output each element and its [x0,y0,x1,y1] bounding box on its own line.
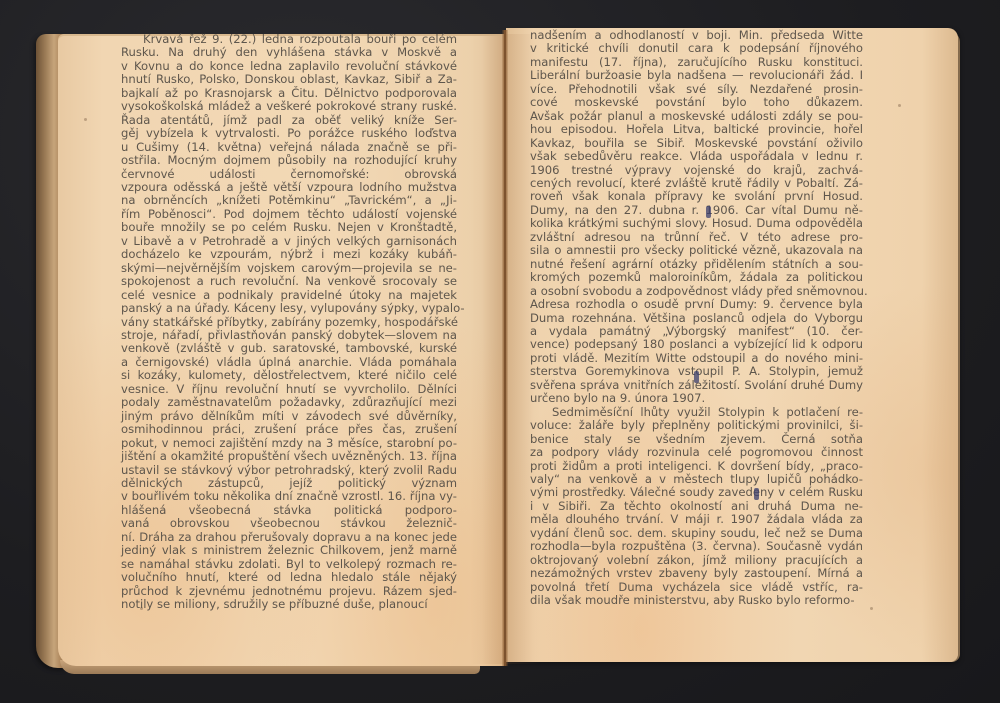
text-line: proti vládě. Mezitím Witte odstoupil a d… [530,352,863,365]
text-line: ní. Dráha za drahou přerušovaly dopravu … [121,531,457,544]
text-line: voluce: žaláře byly přeplněny politickým… [530,419,863,432]
ink-mark [694,371,699,383]
text-line: gěj vybízela k vytrvalosti. Po porážce r… [121,127,457,140]
text-line: povolná třetí Duma vycházela sice vládě … [530,581,863,594]
text-line: manifestu (17. října), zaručujícího Rusk… [530,56,863,69]
paper-speck [84,118,87,121]
text-line: a osobní svobodu a zodpovědnost vlády př… [530,285,863,298]
text-line: jištění a okamžité propuštění všech uvěz… [121,450,457,463]
text-line: v Kovnu a do konce ledna zaplavilo revol… [121,60,457,73]
text-line: Rusku. Na druhý den vyhlášena stávka v M… [121,46,457,59]
ink-mark [706,206,711,218]
text-line: ostřila. Mocným dojmem působily na rozho… [121,154,457,167]
text-line: stroje, nářadí, přivlastňován panský dob… [121,329,457,342]
text-line: dila však moudře ministerstvu, aby Rusko… [530,594,863,607]
text-line: vence) podepsaný 180 poslanci a vybízejí… [530,338,863,351]
text-line: Adresa rozhodla o osudě první Dumy: 9. č… [530,298,863,311]
text-line: jiným právo dělníkům míti v závodech své… [121,410,457,423]
text-line: Sedmiměsíční lhůty využil Stolypin k pot… [530,406,863,419]
text-line: v Libavě a v Petrohradě a v jiných velký… [121,235,457,248]
text-line: měla dlouhého trvání. V máji r. 1907 žád… [530,513,863,526]
text-line: dělnických zástupců, jejíž politický výz… [121,477,457,490]
text-line: vydání členů soc. dem. skupiny soudu, le… [530,527,863,540]
text-line: Avšak požár planul a moskevské události … [530,110,863,123]
text-line: osmihodinnou práci, zrušení práce přes č… [121,423,457,436]
right-page-text: nadšením a odhodlaností v boji. Min. pře… [530,29,863,607]
text-line: podaly zaměstnavatelům požadavky, zdůraz… [121,396,457,409]
text-line: Duma rozehnána. Většina poslanců odjela … [530,312,863,325]
text-line: u Cušimy (14. května) veřejná nálada zna… [121,141,457,154]
text-line: více. Přehodnotili však své síly. Nezdař… [530,83,863,96]
text-line: jediný vlak s ministrem železnic Chilkov… [121,544,457,557]
text-line: hlášená všeobecná stávka politická podpo… [121,504,457,517]
text-line: skými—nejvěrnějším vojskem carovým—proje… [121,262,457,275]
text-line: kromých pozemků maloroiníkům, žádala za … [530,271,863,284]
paper-speck [898,104,901,107]
text-line: Dumy, na den 27. dubna r. 1906. Car víta… [530,204,863,217]
text-line: vány statkářské příbytky, zabírány pozem… [121,316,457,329]
text-line: vesnice. V říjnu revoluční hnutí se vyvr… [121,383,457,396]
text-line: kolika krátkými suchými slovy. Hosud. Du… [530,217,863,230]
text-line: určeno bylo na 9. února 1907. [530,392,863,405]
book-gutter [502,30,508,666]
text-line: nadšením a odhodlaností v boji. Min. pře… [530,29,863,42]
text-line: Kavkaz, bouřila se Sibiř. Moskevské povs… [530,137,863,150]
text-line: bouře množily se po celém Rusku. Nejen v… [121,221,457,234]
text-line: nutné řešení agrární otázky přidělením s… [530,258,863,271]
text-line: však sebedůvěru reakce. Vláda uspořádala… [530,150,863,163]
text-line: červnové události černomořské: obrovská [121,168,457,181]
text-line: za podpory vlády rozvinula celé pogromov… [530,446,863,459]
text-line: oktrojovaný volební zákon, jímž miliony … [530,554,863,567]
text-line: i v Sibiři. Za těchto okolností ani druh… [530,500,863,513]
text-line: panský a na úřady. Káceny lesy, vylupová… [121,302,457,315]
text-line: cové moskevské povstání bylo toho důkaze… [530,96,863,109]
text-line: hnutí Rusko, Polsko, Donskou oblast, Kav… [121,73,457,86]
text-line: spokojenost a ruch revoluční. Na venkově… [121,275,457,288]
text-line: Liberální buržoasie byla nadšena — revol… [530,69,863,82]
text-line: a černigovské) vládla úplná anarchie. Vl… [121,356,457,369]
text-line: celé vesnice a podnikaly pravidelné útok… [121,289,457,302]
text-line: cených revolucí, které zvláště krutě řád… [530,177,863,190]
paper-speck [870,607,873,610]
text-line: Krvavá řež 9. (22.) ledna rozpoutala bou… [121,33,457,46]
left-page-text: Krvavá řež 9. (22.) ledna rozpoutala bou… [121,33,457,611]
text-line: rozhodla—byla rozpuštěna (3. června). So… [530,540,863,553]
text-line: benice staly se všedním zjevem. Černá so… [530,433,863,446]
open-book: Krvavá řež 9. (22.) ledna rozpoutala bou… [0,0,1000,703]
ink-mark [754,488,759,500]
text-line: zvláštní adresou na trůnní řeč. V této a… [530,231,863,244]
text-line: roveň však konala přípravy ke svolání pr… [530,190,863,203]
text-line: volučního hnutí, které od ledna hledalo … [121,571,457,584]
text-line: ustavil se stávkový výbor petrohradský, … [121,464,457,477]
text-line: vzpoura oděsská a ještě větší vzpoura lo… [121,181,457,194]
text-line: v bouřlivém toku několika dní značně vzr… [121,490,457,503]
text-line: na obrněncích „knížeti Potěmkinu“ „Tavri… [121,194,457,207]
text-line: pokut, v nemoci zajištění mzdy na 3 měsí… [121,437,457,450]
text-line: hou episodou. Hořela Litva, baltické pro… [530,123,863,136]
text-line: si kozáky, kulomety, dělostřelectvem, kt… [121,369,457,382]
text-line: vaná obrovskou všeobecnou stávkou železn… [121,517,457,530]
text-line: nezámožných vrstev zbaveny byly zastoupe… [530,567,863,580]
text-line: v kritické chvíli donutil cara k podepsá… [530,42,863,55]
text-line: valy“ na venkově a v městech tlupy lupič… [530,473,863,486]
text-line: se namáhal stávku zdolati. Byl to velkol… [121,558,457,571]
text-line: bajkalí až po Krasnojarsk a Čitu. Dělnic… [121,87,457,100]
text-line: Řada atentátů, jímž padl za oběť veliký … [121,114,457,127]
text-line: řím Poběnosci“. Pod dojmem těchto událos… [121,208,457,221]
text-line: průchod k zjevnému jednotnému projevu. R… [121,585,457,598]
text-line: notily se miliony, sdružily se příbuzné … [121,598,457,611]
text-line: proti židům a proti inteligenci. K dovrš… [530,460,863,473]
text-line: venkově (zvláště v gub. saratovské, tamb… [121,342,457,355]
text-line: a vydala památný „Výborgský manifest“ (1… [530,325,863,338]
text-line: 1906 trestné výpravy vojenské do krajů, … [530,164,863,177]
text-line: vysokoškolská mládež a veškeré pokrokové… [121,100,457,113]
text-line: vými prostředky. Válečné soudy zavedeny … [530,486,863,499]
text-line: docházelo ke vzpourám, nýbrž i mezi kozá… [121,248,457,261]
text-line: sila o amnestii pro všecky politické věz… [530,244,863,257]
